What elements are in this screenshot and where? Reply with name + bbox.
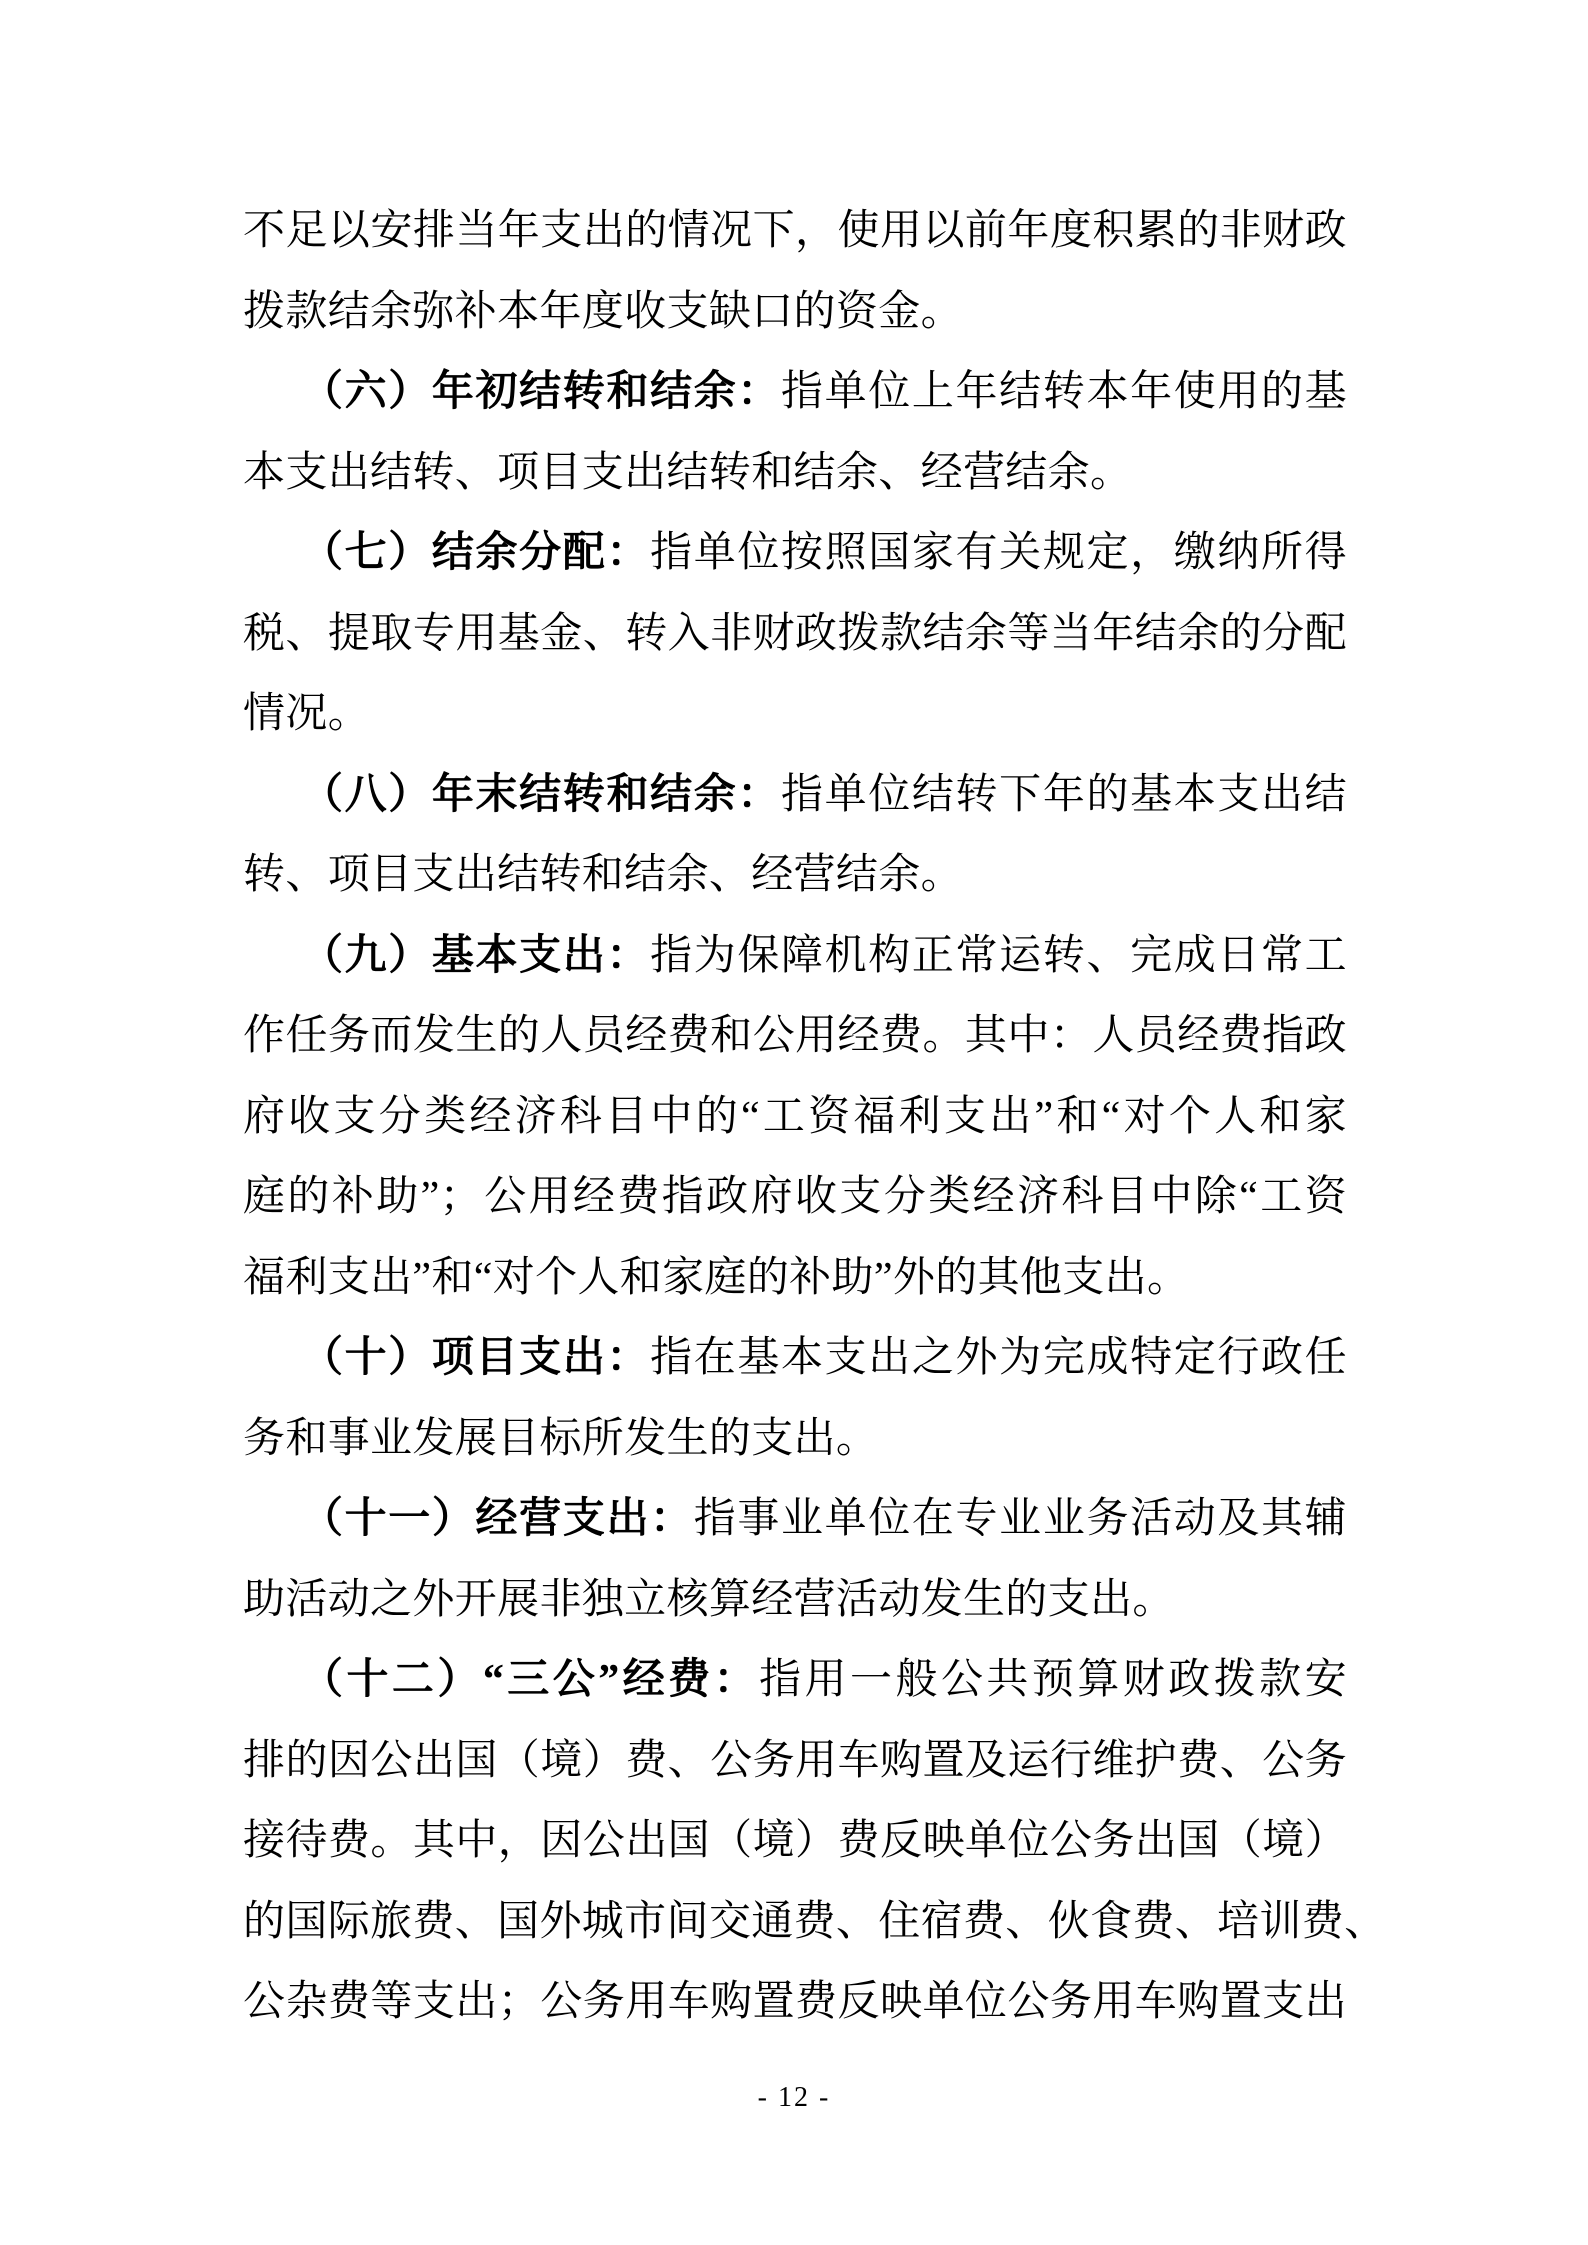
body-run: 庭的补助”；公用经费指政府收支分类经济科目中除“工资 [243, 1174, 1347, 1220]
text-line: 排的因公出国（境）费、公务用车购置及运行维护费、公务 [243, 1721, 1347, 1802]
text-line: 作任务而发生的人员经费和公用经费。其中：人员经费指政 [243, 996, 1347, 1077]
text-line: 情况。 [243, 674, 1347, 755]
text-line: （十）项目支出：指在基本支出之外为完成特定行政任 [243, 1318, 1347, 1399]
text-line: 务和事业发展目标所发生的支出。 [243, 1399, 1347, 1480]
body-run: 福利支出”和“对个人和家庭的补助”外的其他支出。 [243, 1255, 1189, 1301]
body-run: 情况。 [243, 691, 370, 737]
definition-term: （六）年初结转和结余： [301, 369, 781, 415]
text-line: 公杂费等支出；公务用车购置费反映单位公务用车购置支出 [243, 1962, 1347, 2043]
text-line: （十一）经营支出：指事业单位在专业业务活动及其辅 [243, 1479, 1347, 1560]
body-text: 不足以安排当年支出的情况下，使用以前年度积累的非财政拨款结余弥补本年度收支缺口的… [243, 191, 1347, 2043]
body-run: 指在基本支出之外为完成特定行政任 [650, 1335, 1347, 1381]
body-run: 的国际旅费、国外城市间交通费、住宿费、伙食费、培训费、 [243, 1899, 1386, 1945]
text-line: （六）年初结转和结余：指单位上年结转本年使用的基 [243, 352, 1347, 433]
body-run: 税、提取专用基金、转入非财政拨款结余等当年结余的分配 [243, 611, 1347, 657]
body-run: 指事业单位在专业业务活动及其辅 [694, 1496, 1347, 1542]
body-run: 指用一般公共预算财政拨款安 [759, 1657, 1347, 1703]
body-run: 转、项目支出结转和结余、经营结余。 [243, 852, 963, 898]
text-line: 接待费。其中，因公出国（境）费反映单位公务出国（境） [243, 1801, 1347, 1882]
text-line: 庭的补助”；公用经费指政府收支分类经济科目中除“工资 [243, 1157, 1347, 1238]
text-line: 转、项目支出结转和结余、经营结余。 [243, 835, 1347, 916]
text-line: 助活动之外开展非独立核算经营活动发生的支出。 [243, 1560, 1347, 1641]
body-run: 府收支分类经济科目中的“工资福利支出”和“对个人和家 [243, 1094, 1347, 1140]
document-page: 不足以安排当年支出的情况下，使用以前年度积累的非财政拨款结余弥补本年度收支缺口的… [0, 0, 1588, 2245]
body-run: 指单位结转下年的基本支出结 [781, 772, 1347, 818]
text-line: 福利支出”和“对个人和家庭的补助”外的其他支出。 [243, 1238, 1347, 1319]
page-number: - 12 - [0, 2078, 1588, 2118]
body-run: 不足以安排当年支出的情况下，使用以前年度积累的非财政 [243, 208, 1347, 254]
definition-term: （十一）经营支出： [301, 1496, 694, 1542]
definition-term: （八）年末结转和结余： [301, 772, 781, 818]
definition-term: （十二）“三公”经费： [301, 1657, 759, 1703]
definition-term: （九）基本支出： [301, 933, 650, 979]
body-run: 指单位按照国家有关规定，缴纳所得 [650, 530, 1347, 576]
text-line: 的国际旅费、国外城市间交通费、住宿费、伙食费、培训费、 [243, 1882, 1347, 1963]
body-run: 指为保障机构正常运转、完成日常工 [650, 933, 1347, 979]
text-line: 本支出结转、项目支出结转和结余、经营结余。 [243, 433, 1347, 514]
text-line: 税、提取专用基金、转入非财政拨款结余等当年结余的分配 [243, 594, 1347, 675]
text-line: （九）基本支出：指为保障机构正常运转、完成日常工 [243, 916, 1347, 997]
body-run: 拨款结余弥补本年度收支缺口的资金。 [243, 289, 963, 335]
body-run: 接待费。其中，因公出国（境）费反映单位公务出国（境） [243, 1818, 1347, 1864]
body-run: 助活动之外开展非独立核算经营活动发生的支出。 [243, 1577, 1175, 1623]
body-run: 务和事业发展目标所发生的支出。 [243, 1416, 878, 1462]
body-run: 指单位上年结转本年使用的基 [781, 369, 1347, 415]
definition-term: （十）项目支出： [301, 1335, 650, 1381]
body-run: 排的因公出国（境）费、公务用车购置及运行维护费、公务 [243, 1738, 1347, 1784]
text-line: 不足以安排当年支出的情况下，使用以前年度积累的非财政 [243, 191, 1347, 272]
body-run: 作任务而发生的人员经费和公用经费。其中：人员经费指政 [243, 1013, 1347, 1059]
definition-term: （七）结余分配： [301, 530, 650, 576]
text-line: （十二）“三公”经费：指用一般公共预算财政拨款安 [243, 1640, 1347, 1721]
body-run: 公杂费等支出；公务用车购置费反映单位公务用车购置支出 [243, 1979, 1347, 2025]
body-run: 本支出结转、项目支出结转和结余、经营结余。 [243, 450, 1132, 496]
text-line: （七）结余分配：指单位按照国家有关规定，缴纳所得 [243, 513, 1347, 594]
text-line: 府收支分类经济科目中的“工资福利支出”和“对个人和家 [243, 1077, 1347, 1158]
text-line: （八）年末结转和结余：指单位结转下年的基本支出结 [243, 755, 1347, 836]
text-line: 拨款结余弥补本年度收支缺口的资金。 [243, 272, 1347, 353]
